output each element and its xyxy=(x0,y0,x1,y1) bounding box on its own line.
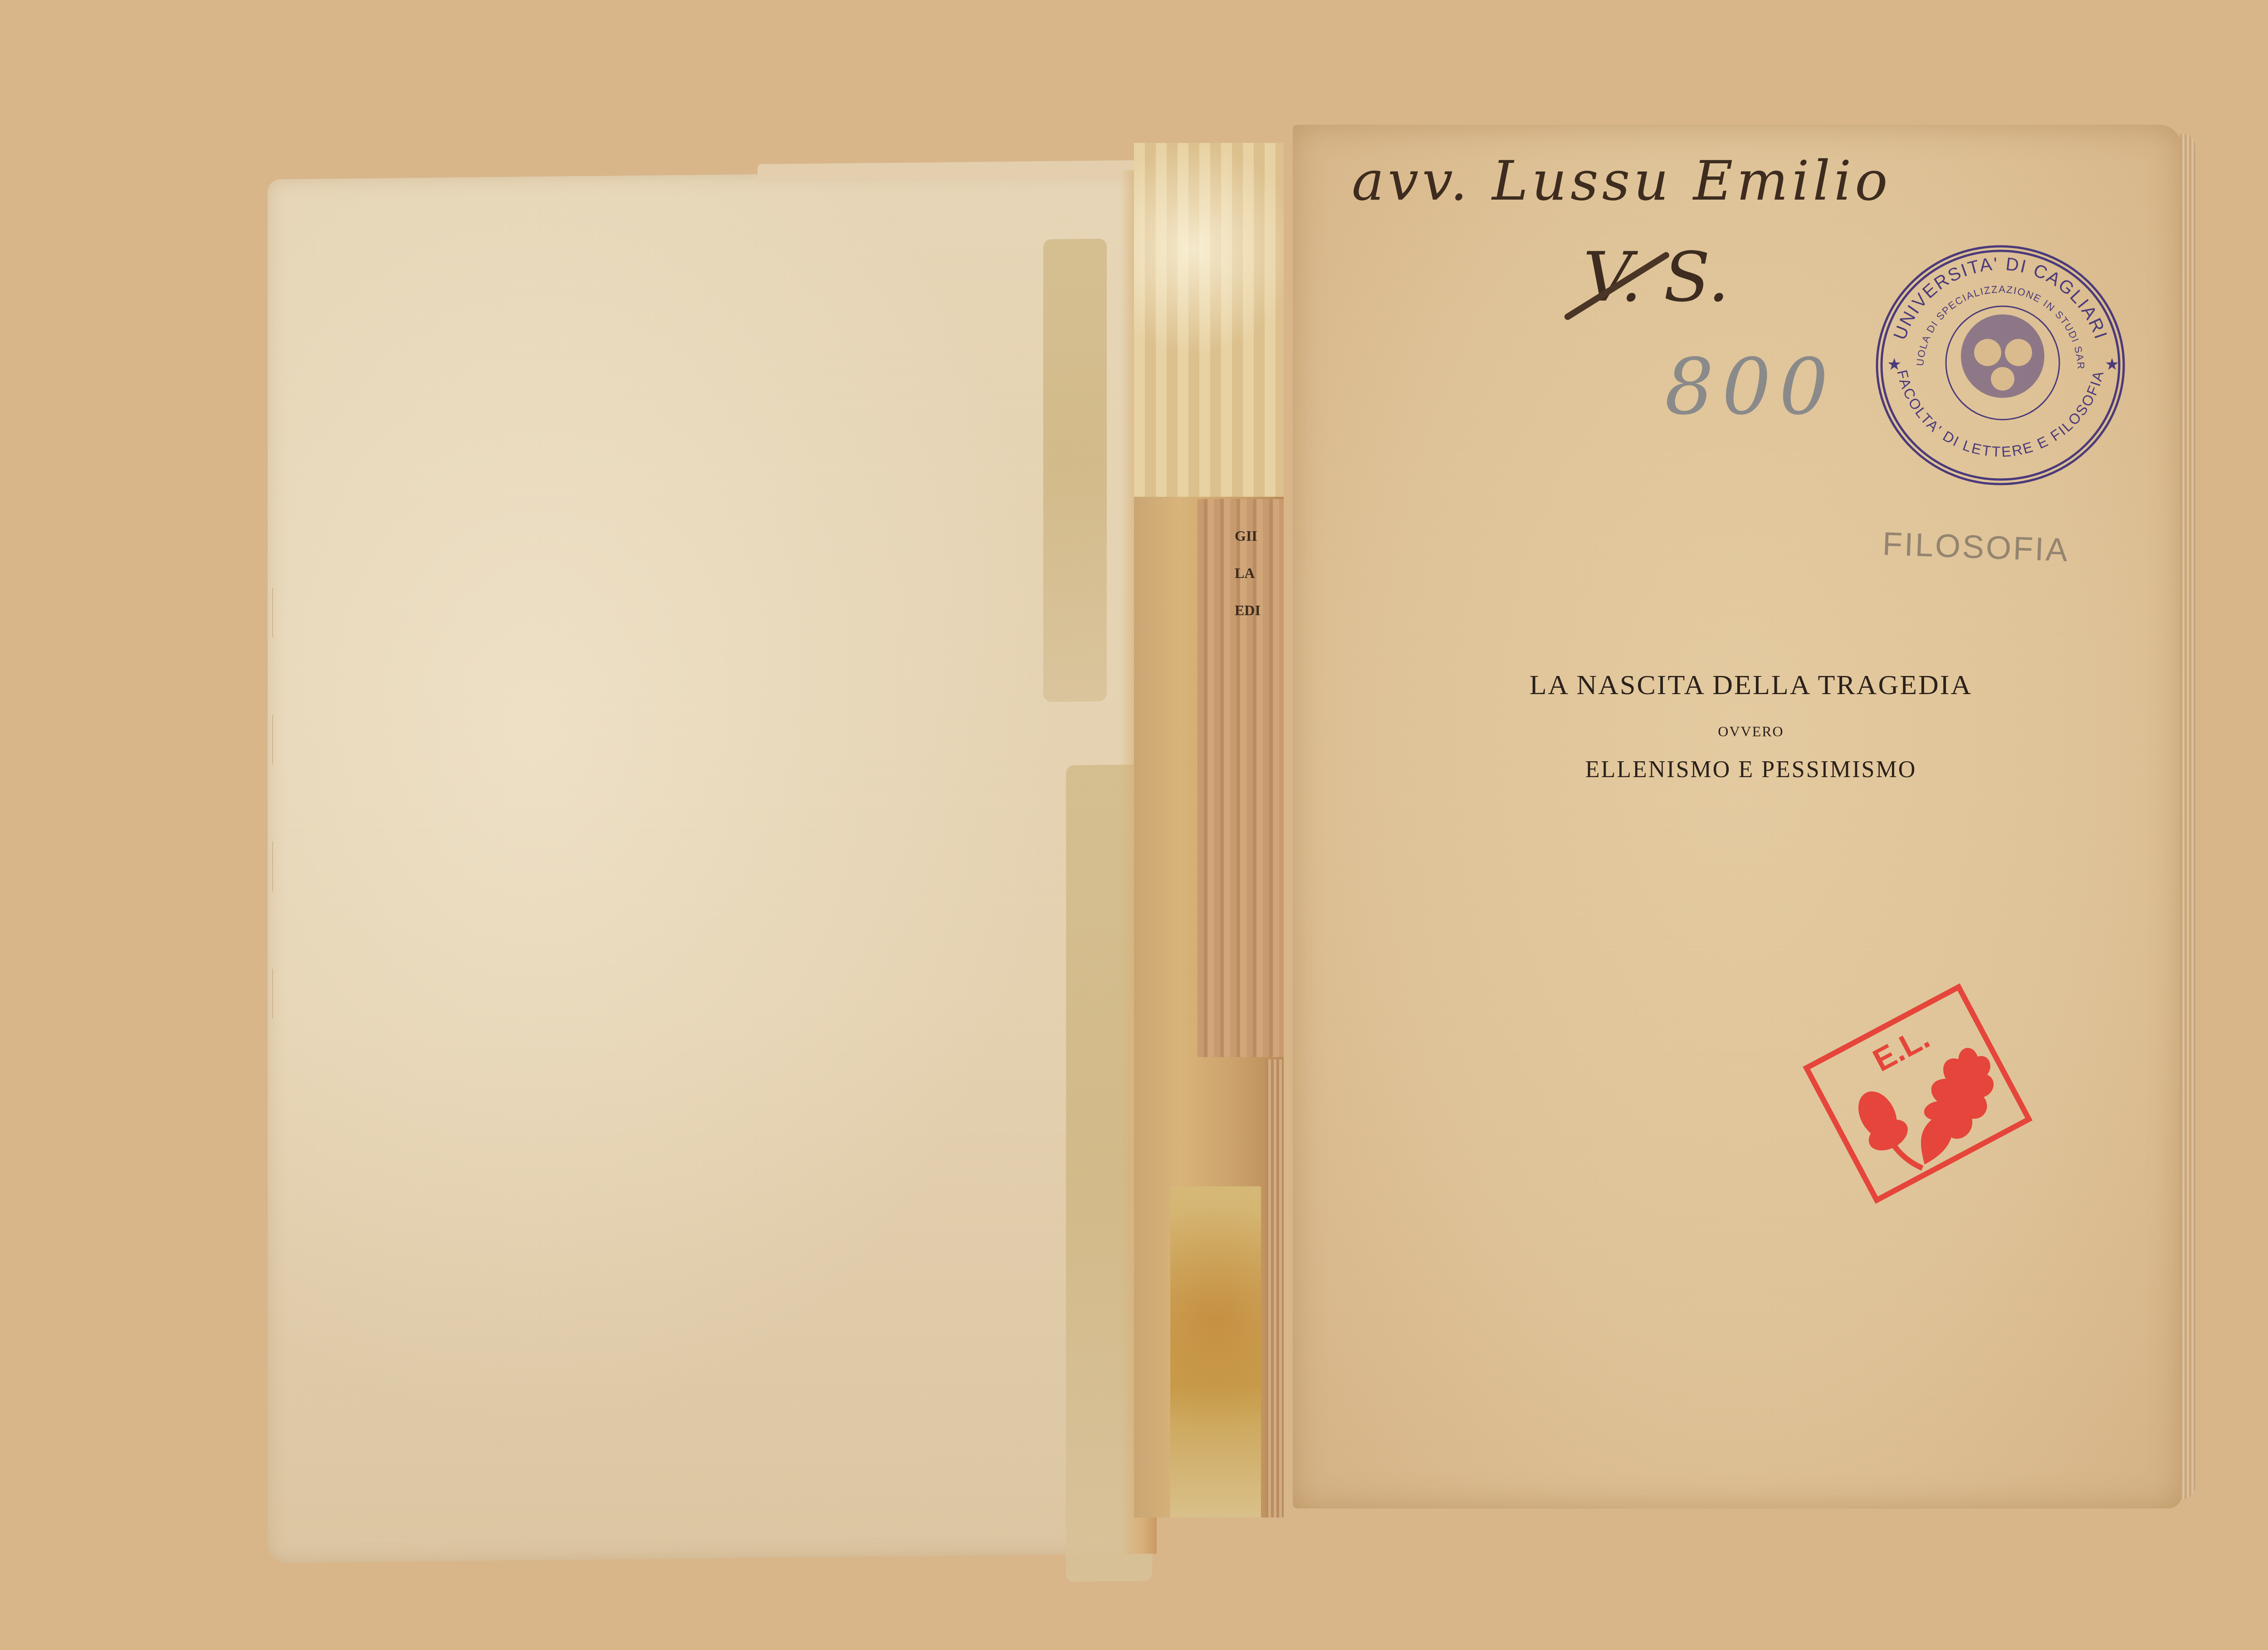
exlibris-stamp-icon: E.L. xyxy=(1783,978,2055,1214)
glue-stain xyxy=(1043,239,1107,702)
book-photo: GII LA EDI avv. Lussu Emilio V. S. 800 F… xyxy=(0,0,2268,1650)
sewing-notch xyxy=(266,715,273,764)
sewing-notch xyxy=(266,842,273,891)
spine-fragment: LA xyxy=(1235,566,1257,580)
spine-fragment: EDI xyxy=(1235,603,1257,617)
spine-tape-bottom xyxy=(1170,1186,1261,1518)
pencil-subject-note: FILOSOFIA xyxy=(1882,525,2070,569)
svg-text:★: ★ xyxy=(2105,355,2119,373)
handwritten-initials: V. S. xyxy=(1583,238,1730,317)
sewing-notch xyxy=(266,588,273,637)
spine-label: GII LA EDI xyxy=(1235,529,1257,617)
book-title: LA NASCITA DELLA TRAGEDIA xyxy=(1320,669,2182,701)
book-subtitle: ELLENISMO E PESSIMISMO xyxy=(1320,756,2182,783)
pencil-shelf-number: 800 xyxy=(1665,343,1836,432)
title-page: avv. Lussu Emilio V. S. 800 FILOSOFIA xyxy=(1293,125,2182,1508)
owner-signature: avv. Lussu Emilio xyxy=(1352,150,1892,213)
spine-tape-top xyxy=(1134,143,1284,497)
page-fore-edge xyxy=(2180,134,2195,1499)
sewing-notch xyxy=(266,969,273,1018)
book-spine: GII LA EDI xyxy=(1134,143,1284,1518)
printed-title-block: LA NASCITA DELLA TRAGEDIA OVVERO ELLENIS… xyxy=(1293,669,2182,783)
cover-fold-tab xyxy=(758,160,1157,182)
svg-text:★: ★ xyxy=(1887,355,1901,373)
university-stamp-icon: UNIVERSITA' DI CAGLIARI SCUOLA DI SPECIA… xyxy=(1869,234,2132,497)
text-block-edge xyxy=(1266,1059,1284,1518)
spine-fragment: GII xyxy=(1235,529,1257,543)
title-connector: OVVERO xyxy=(1320,723,2182,740)
inside-front-cover xyxy=(268,170,1157,1563)
